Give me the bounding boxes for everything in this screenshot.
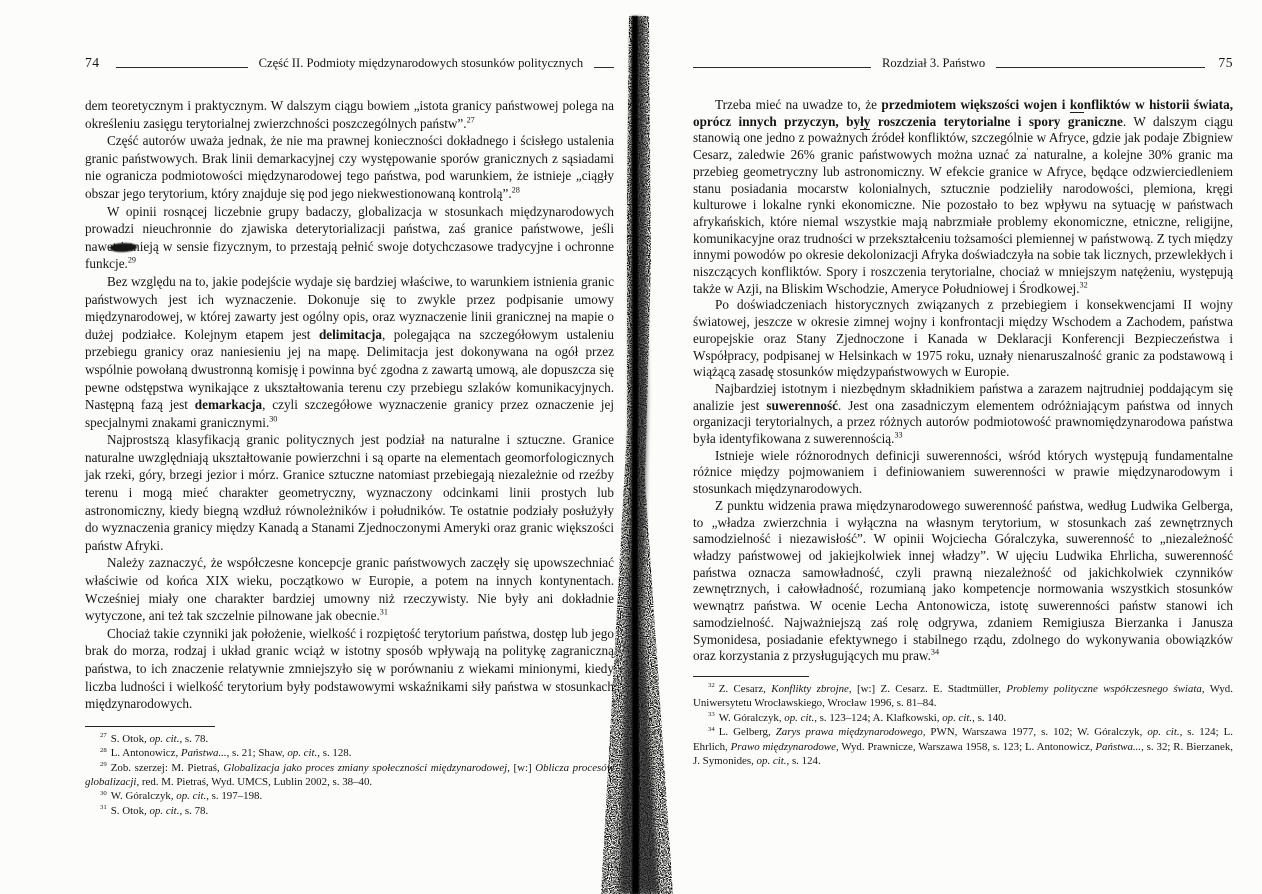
footnote: 27S. Otok, op. cit., s. 78. bbox=[85, 732, 614, 746]
paragraph: dem teoretycznym i praktycznym. W dalszy… bbox=[85, 97, 614, 132]
footnote-number: 34 bbox=[708, 726, 715, 733]
paragraph: Najprostszą klasyfikacją granic politycz… bbox=[85, 431, 614, 554]
footnote-number: 30 bbox=[100, 790, 107, 797]
footnote-separator bbox=[693, 676, 809, 677]
paragraph: Część autorów uważa jednak, że nie ma pr… bbox=[85, 132, 614, 202]
paragraph: W opinii rosnącej liczebnie grupy badacz… bbox=[85, 203, 614, 273]
paragraph: Chociaż takie czynniki jak położenie, wi… bbox=[85, 625, 614, 713]
paragraph: Należy zaznaczyć, że współczesne koncepc… bbox=[85, 554, 614, 624]
left-page-body: dem teoretycznym i praktycznym. W dalszy… bbox=[85, 97, 614, 713]
header-rule bbox=[996, 67, 1205, 68]
footnote: 33W. Góralczyk, op. cit., s. 123–124; A.… bbox=[693, 711, 1233, 725]
footnote-number: 27 bbox=[100, 732, 107, 739]
footnote: 28L. Antonowicz, Państwa..., s. 21; Shaw… bbox=[85, 746, 614, 760]
left-page-number: 74 bbox=[85, 55, 100, 71]
paragraph: Bez względu na to, jakie podejście wydaj… bbox=[85, 273, 614, 431]
footnote: 32Z. Cesarz, Konflikty zbrojne, [w:] Z. … bbox=[693, 682, 1233, 711]
left-header-title: Część II. Podmioty międzynarodowych stos… bbox=[259, 56, 584, 71]
footnote-number: 29 bbox=[100, 761, 107, 768]
left-page: 74 Część II. Podmioty międzynarodowych s… bbox=[85, 55, 614, 818]
footnote-number: 31 bbox=[100, 804, 107, 811]
footnote: 34L. Gelberg, Zarys prawa międzynarodowe… bbox=[693, 725, 1233, 768]
footnote-separator bbox=[85, 726, 215, 727]
footnote-number: 33 bbox=[708, 711, 715, 718]
right-page-number: 75 bbox=[1218, 55, 1233, 71]
right-page: Rozdział 3. Państwo 75 Trzeba mieć na uw… bbox=[693, 55, 1233, 768]
left-page-header: 74 Część II. Podmioty międzynarodowych s… bbox=[85, 55, 614, 71]
paragraph: Po doświadczeniach historycznych związan… bbox=[693, 297, 1233, 381]
paragraph: Najbardziej istotnym i niezbędnym składn… bbox=[693, 381, 1233, 448]
footnote-number: 32 bbox=[708, 682, 715, 689]
header-rule bbox=[693, 67, 871, 68]
paragraph: Z punktu widzenia prawa międzynarodowego… bbox=[693, 498, 1233, 665]
paragraph: Trzeba mieć na uwadze to, że przedmiotem… bbox=[693, 97, 1233, 297]
footnote: 31S. Otok, op. cit., s. 78. bbox=[85, 804, 614, 818]
header-rule bbox=[116, 67, 248, 68]
footnote: 29Zob. szerzej: M. Pietraś, Globalizacja… bbox=[85, 761, 614, 790]
header-rule bbox=[594, 67, 614, 68]
right-page-body: Trzeba mieć na uwadze to, że przedmiotem… bbox=[693, 97, 1233, 665]
left-page-footnotes: 27S. Otok, op. cit., s. 78.28L. Antonowi… bbox=[85, 732, 614, 818]
right-page-footnotes: 32Z. Cesarz, Konflikty zbrojne, [w:] Z. … bbox=[693, 682, 1233, 768]
right-page-header: Rozdział 3. Państwo 75 bbox=[693, 55, 1233, 71]
paragraph: Istnieje wiele różnorodnych definicji su… bbox=[693, 448, 1233, 498]
right-header-title: Rozdział 3. Państwo bbox=[882, 56, 985, 71]
footnote: 30W. Góralczyk, op. cit., s. 197–198. bbox=[85, 789, 614, 803]
book-scan-spread: 74 Część II. Podmioty międzynarodowych s… bbox=[0, 0, 1262, 894]
footnote-number: 28 bbox=[100, 747, 107, 754]
